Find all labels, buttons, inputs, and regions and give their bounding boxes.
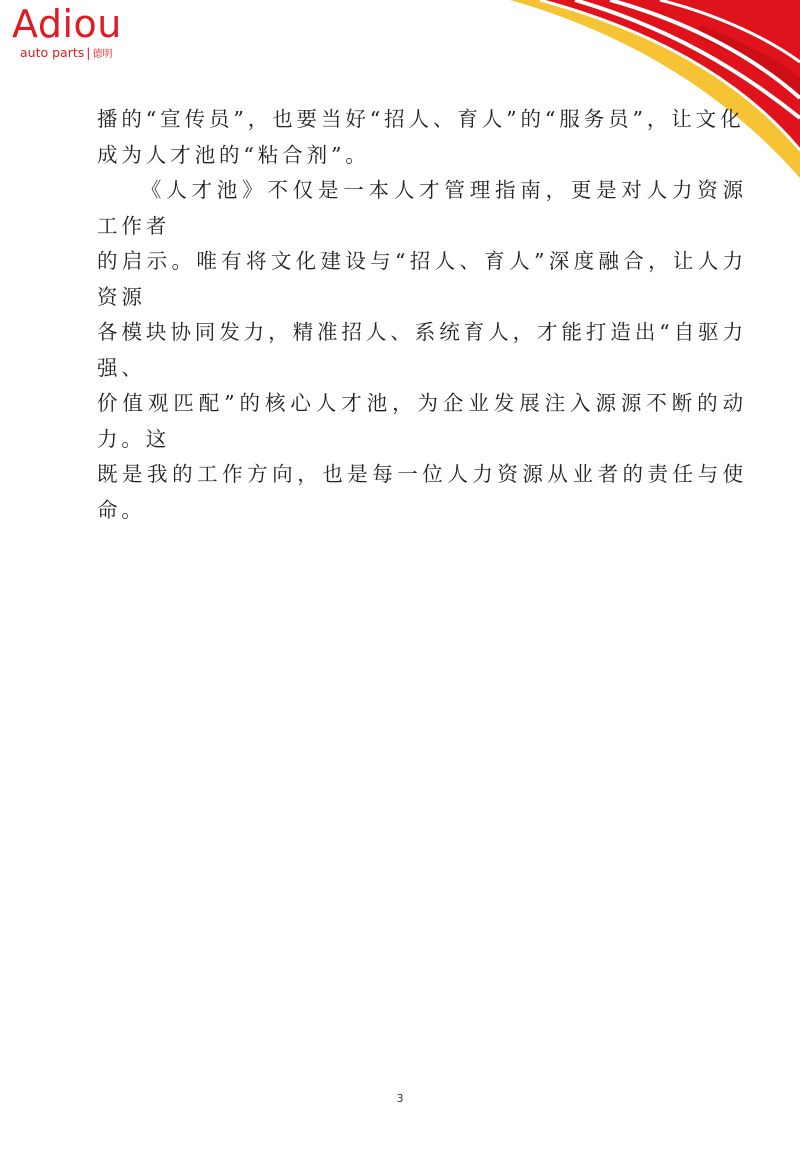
paragraph-2-line-1: 《人才池》不仅是一本人才管理指南，更是对人力资源工作者 [97,178,747,238]
paragraph-2-line-5: 既是我的工作方向，也是每一位人力资源从业者的责任与使命。 [97,462,747,522]
logo-chinese-name: 德明 [92,49,112,60]
paragraph-2-line-2: 的启示。唯有将文化建设与“招人、育人”深度融合，让人力资源 [97,249,747,309]
paragraph-1-line-1: 播的“宣传员”，也要当好“招人、育人”的“服务员”，让文化 [97,107,744,131]
paragraph-2: 《人才池》不仅是一本人才管理指南，更是对人力资源工作者 的启示。唯有将文化建设与… [97,173,747,528]
page-footer: 3 [0,1092,800,1105]
logo-tagline-text: auto parts [20,45,84,60]
document-body: 播的“宣传员”，也要当好“招人、育人”的“服务员”，让文化 成为人才池的“粘合剂… [97,102,747,528]
company-logo: Adiou auto parts|德明 [12,6,152,66]
paragraph-1-line-2: 成为人才池的“粘合剂”。 [97,143,370,167]
paragraph-2-line-4: 价值观匹配”的核心人才池，为企业发展注入源源不断的动力。这 [97,391,747,451]
paragraph-1: 播的“宣传员”，也要当好“招人、育人”的“服务员”，让文化 成为人才池的“粘合剂… [97,102,747,173]
logo-tagline: auto parts|德明 [20,46,112,62]
logo-brand-text: Adiou [12,2,122,46]
page-number: 3 [397,1092,404,1105]
document-page: Adiou auto parts|德明 播的“宣传员”，也要当好“招人、育人”的… [0,0,800,1158]
paragraph-2-line-3: 各模块协同发力，精准招人、系统育人，才能打造出“自驱力强、 [97,320,747,380]
logo-separator: | [86,45,90,60]
